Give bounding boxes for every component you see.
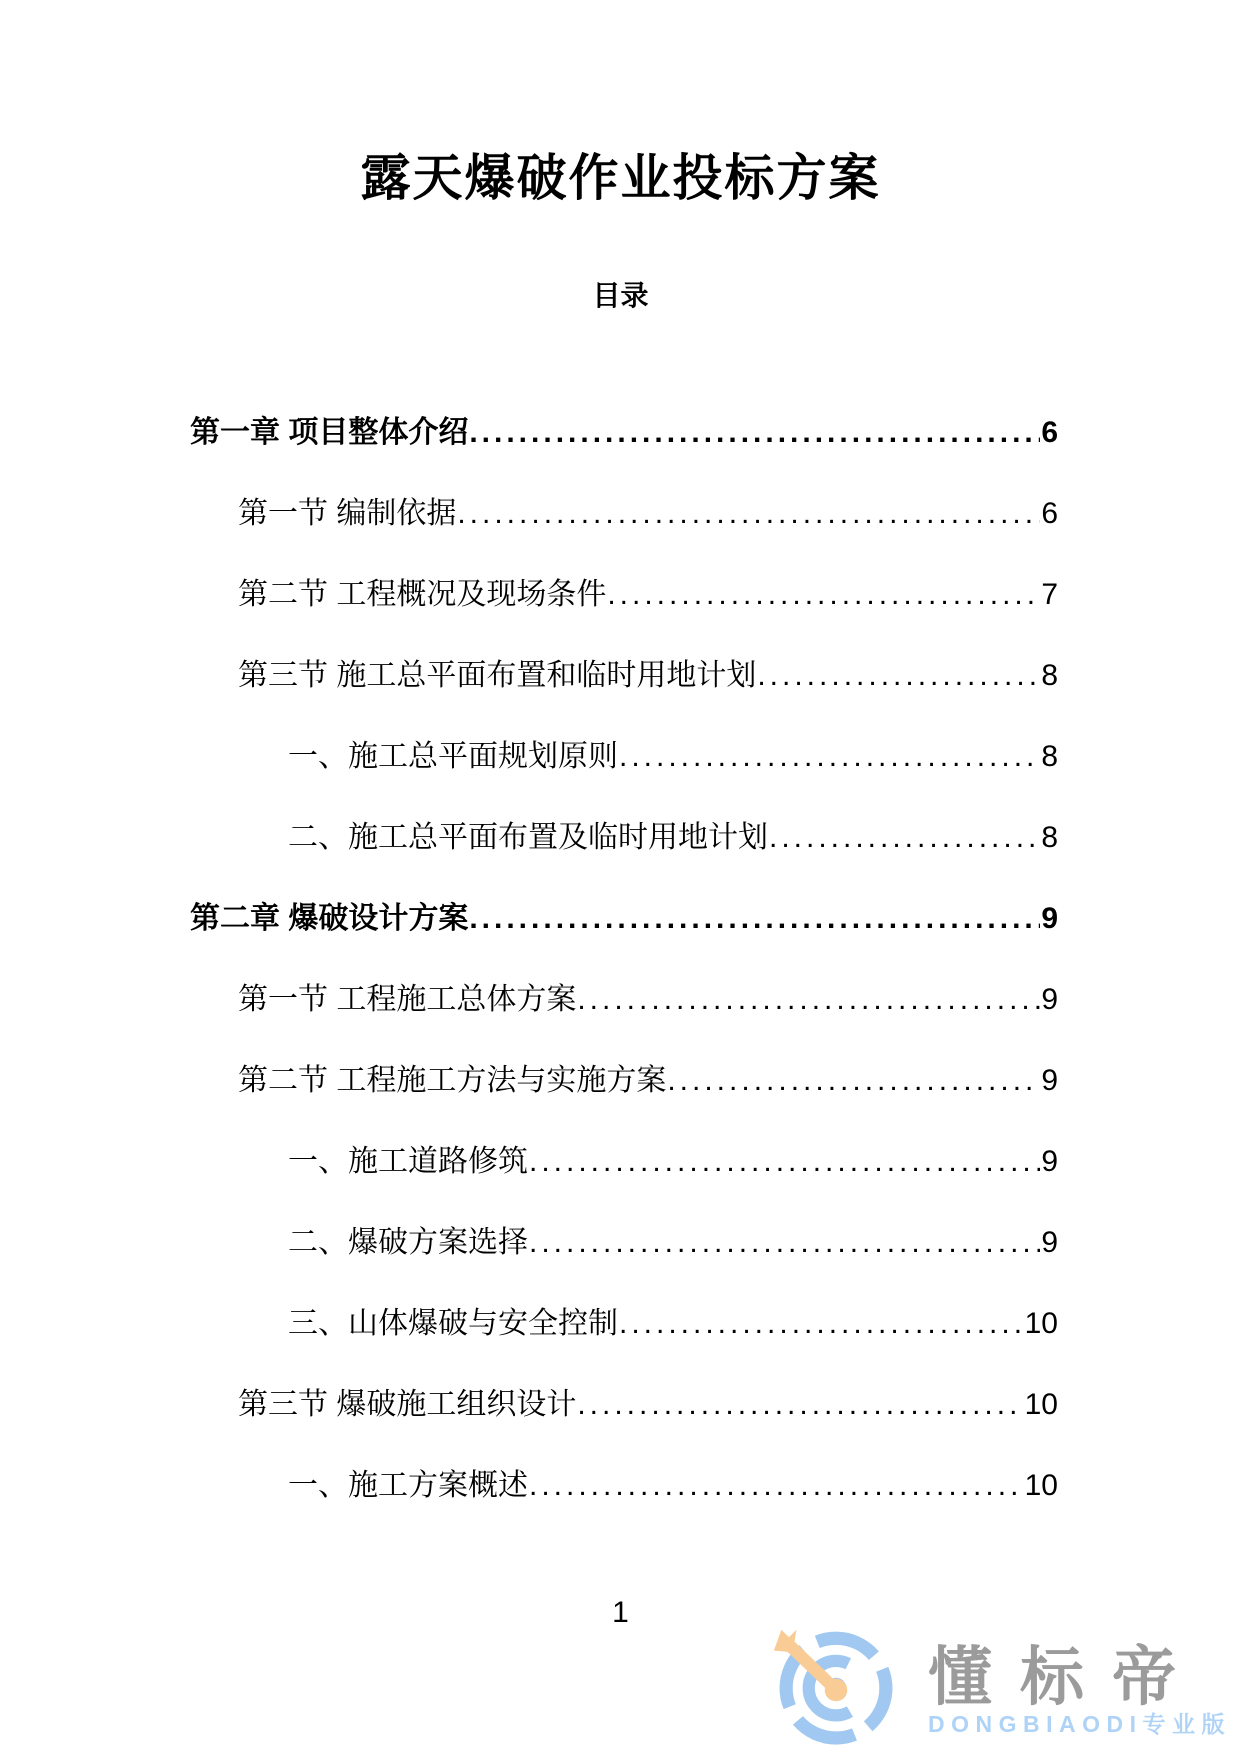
toc-entry-page-number: 10 xyxy=(1025,1283,1058,1364)
toc-dot-leader: ........................................… xyxy=(607,554,1040,635)
toc-entry[interactable]: 第一章 项目整体介绍 .............................… xyxy=(190,392,1058,473)
toc-dot-leader: ........................................… xyxy=(769,797,1040,878)
toc-entry-page-number: 9 xyxy=(1041,1202,1058,1283)
watermark-text: 懂标帝 DONGBIAODI专业版 xyxy=(928,1645,1231,1736)
toc-entry[interactable]: 第三节 爆破施工组织设计 ...........................… xyxy=(190,1364,1058,1445)
toc-entry-label: 一、施工道路修筑 xyxy=(288,1121,528,1202)
toc-entry-label: 第三节 爆破施工组织设计 xyxy=(238,1364,576,1445)
toc-entry[interactable]: 第二节 工程概况及现场条件 ..........................… xyxy=(190,554,1058,635)
toc-entry-page-number: 9 xyxy=(1041,878,1058,959)
toc-dot-leader: ........................................… xyxy=(757,635,1040,716)
watermark-brand-name: 懂标帝 xyxy=(928,1645,1231,1709)
toc-entry-label: 第二节 工程施工方法与实施方案 xyxy=(238,1040,666,1121)
toc-entry[interactable]: 三、山体爆破与安全控制 ............................… xyxy=(190,1283,1058,1364)
toc-entry-label: 二、爆破方案选择 xyxy=(288,1202,528,1283)
bullseye-arrow-logo-icon xyxy=(770,1626,902,1754)
toc-entry-label: 三、山体爆破与安全控制 xyxy=(288,1283,618,1364)
toc-entry-label: 第一节 编制依据 xyxy=(238,473,456,554)
toc-entry[interactable]: 一、施工总平面规划原则 ............................… xyxy=(190,716,1058,797)
toc-entry-label: 第一节 工程施工总体方案 xyxy=(238,959,576,1040)
toc-entry-page-number: 9 xyxy=(1041,1040,1058,1121)
toc-dot-leader: ........................................… xyxy=(469,878,1040,959)
toc-dot-leader: ........................................… xyxy=(577,959,1040,1040)
toc-entry-page-number: 10 xyxy=(1025,1364,1058,1445)
toc-entry-page-number: 6 xyxy=(1041,392,1058,473)
toc-dot-leader: ........................................… xyxy=(469,392,1040,473)
watermark-logo: 懂标帝 DONGBIAODI专业版 xyxy=(770,1626,1231,1754)
toc-entry[interactable]: 第一节 编制依据 ...............................… xyxy=(190,473,1058,554)
toc-entry-page-number: 9 xyxy=(1041,1121,1058,1202)
toc-entry-page-number: 8 xyxy=(1041,797,1058,878)
toc-dot-leader: ........................................… xyxy=(667,1040,1040,1121)
toc-entry-label: 一、施工总平面规划原则 xyxy=(288,716,618,797)
toc-entry-page-number: 8 xyxy=(1041,635,1058,716)
toc-entry[interactable]: 一、施工方案概述 ...............................… xyxy=(190,1445,1058,1526)
toc-entry[interactable]: 二、施工总平面布置及临时用地计划 .......................… xyxy=(190,797,1058,878)
toc-dot-leader: ........................................… xyxy=(619,716,1040,797)
toc-entry-label: 第一章 项目整体介绍 xyxy=(190,392,468,473)
toc-heading: 目录 xyxy=(0,280,1241,312)
toc-entry[interactable]: 二、爆破方案选择 ...............................… xyxy=(190,1202,1058,1283)
page-number: 1 xyxy=(0,1596,1241,1630)
document-title: 露天爆破作业投标方案 xyxy=(0,0,1241,208)
toc-entry-label: 第二节 工程概况及现场条件 xyxy=(238,554,606,635)
toc-list: 第一章 项目整体介绍 .............................… xyxy=(190,392,1058,1526)
toc-entry-page-number: 7 xyxy=(1041,554,1058,635)
toc-entry[interactable]: 第二章 爆破设计方案 .............................… xyxy=(190,878,1058,959)
toc-entry-label: 第三节 施工总平面布置和临时用地计划 xyxy=(238,635,756,716)
toc-dot-leader: ........................................… xyxy=(619,1283,1024,1364)
toc-entry-label: 二、施工总平面布置及临时用地计划 xyxy=(288,797,768,878)
toc-entry[interactable]: 一、施工道路修筑 ...............................… xyxy=(190,1121,1058,1202)
toc-entry-page-number: 6 xyxy=(1041,473,1058,554)
toc-entry[interactable]: 第一节 工程施工总体方案 ...........................… xyxy=(190,959,1058,1040)
watermark-brand-subtitle: DONGBIAODI专业版 xyxy=(928,1713,1231,1736)
toc-entry-label: 第二章 爆破设计方案 xyxy=(190,878,468,959)
toc-entry[interactable]: 第二节 工程施工方法与实施方案 ........................… xyxy=(190,1040,1058,1121)
toc-dot-leader: ........................................… xyxy=(529,1445,1024,1526)
toc-entry-page-number: 8 xyxy=(1041,716,1058,797)
toc-entry-label: 一、施工方案概述 xyxy=(288,1445,528,1526)
toc-dot-leader: ........................................… xyxy=(529,1202,1040,1283)
document-page: 露天爆破作业投标方案 目录 第一章 项目整体介绍 ...............… xyxy=(0,0,1241,1754)
toc-entry-page-number: 10 xyxy=(1025,1445,1058,1526)
toc-dot-leader: ........................................… xyxy=(529,1121,1040,1202)
toc-entry-page-number: 9 xyxy=(1041,959,1058,1040)
toc-dot-leader: ........................................… xyxy=(577,1364,1023,1445)
toc-dot-leader: ........................................… xyxy=(457,473,1040,554)
toc-entry[interactable]: 第三节 施工总平面布置和临时用地计划 .....................… xyxy=(190,635,1058,716)
